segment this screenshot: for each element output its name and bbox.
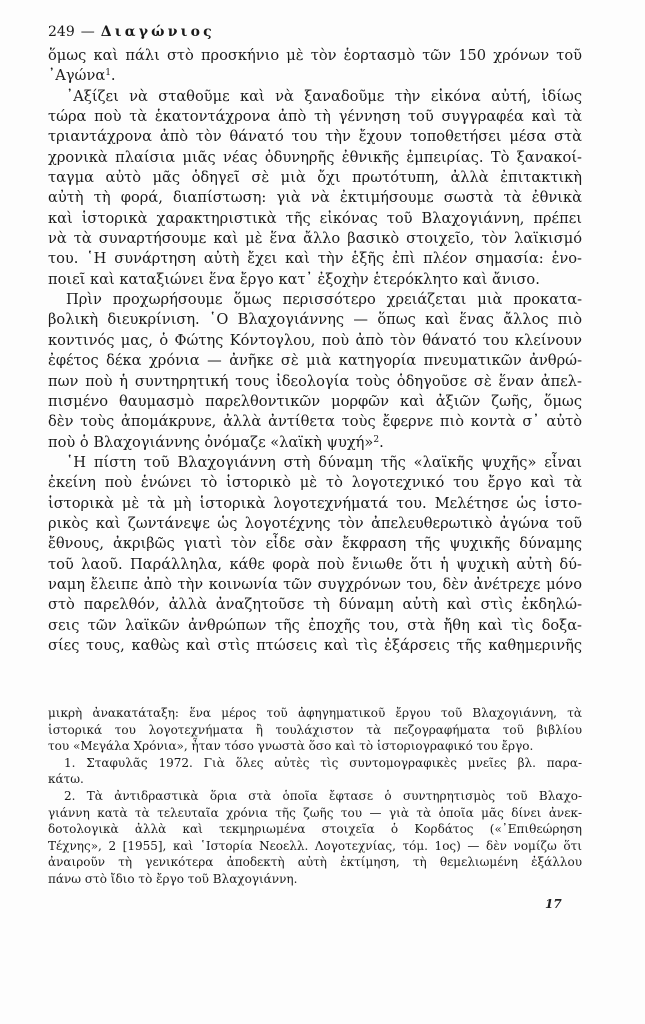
body-line-text: τοῦ λαοῦ. Παράλληλα, κάθε φορὰ ποὺ ἔνιωθ… — [48, 556, 582, 573]
book-page: 249—Διαγώνιος ὅμως καὶ πάλι στὸ προσκήνι… — [0, 0, 645, 1024]
page-number: 17 — [545, 897, 562, 911]
body-line-text: τώρα ποὺ τὰ ἑκατοντάχρονα ἀπὸ τὴ γέννηση… — [48, 108, 582, 125]
body-line-text: ρικὸς καὶ ζωντάνεψε ὡς λογοτέχνης τὸν ἀπ… — [48, 515, 582, 532]
body-line-text: δὲν τοὺς ἀπομάκρυνε, ἀλλὰ ἀντίθετα τοὺς … — [48, 413, 582, 430]
footnote-line: 2. Τὰ ἀντιδραστικὰ ὅρια στὰ ὁποῖα ἔφτασε… — [48, 788, 582, 805]
body-line: πισμένο θαυμασμὸ παρελθοντικῶν μορφῶν κα… — [48, 392, 582, 412]
running-head-number: 249 — [48, 24, 75, 40]
body-line: τώρα ποὺ τὰ ἑκατοντάχρονα ἀπὸ τὴ γέννηση… — [48, 107, 582, 127]
body-line-text: Πρὶν προχωρήσουμε ὅμως περισσότερο χρειά… — [66, 291, 582, 308]
body-line: βολικὴ διευκρίνιση. ῾Ο Βλαχογιάννης — ὅπ… — [48, 310, 582, 330]
body-line: δὲν τοὺς ἀπομάκρυνε, ἀλλὰ ἀντίθετα τοὺς … — [48, 412, 582, 432]
body-line-text: ἔθνους, ἀκριβῶς γιατὶ τὸν εἶδε σὰν ἔκφρα… — [48, 535, 582, 552]
footnote-line: 1. Σταφυλᾶς 1972. Γιὰ ὅλες αὐτὲς τὶς συν… — [48, 755, 582, 772]
body-line: ποιεῖ καὶ καταξιώνει ἕνα ἔργο κατ᾿ ἐξοχὴ… — [48, 270, 582, 290]
footnote-line: κάτω. — [48, 771, 582, 788]
body-line-text: νὰ τὰ συναρτήσουμε καὶ μὲ ἕνα ἄλλο βασικ… — [48, 230, 582, 247]
body-line-text: χρονικὰ πλαίσια μιᾶς νέας ὀδυνηρῆς ἐθνικ… — [48, 149, 582, 166]
body-line-text: τριαντάχρονα ἀπὸ τὸν θάνατό του τὴν ἔχου… — [48, 128, 582, 145]
footnote-line: δοτολογικὰ ἀλλὰ καὶ τεκμηριωμένα στοιχεῖ… — [48, 821, 582, 838]
body-line: ρικὸς καὶ ζωντάνεψε ὡς λογοτέχνης τὸν ἀπ… — [48, 514, 582, 534]
body-line-text: του. ῾Η συνάρτηση αὐτὴ ἔχει καὶ τὴν ἑξῆς… — [48, 250, 582, 267]
footnote-line-text: 1. Σταφυλᾶς 1972. Γιὰ ὅλες αὐτὲς τὶς συν… — [64, 756, 582, 770]
footnote-line: γιάννη κατὰ τὰ τελευταῖα χρόνια τῆς ζωῆς… — [48, 805, 582, 822]
body-line-text: ᾿Αξίζει νὰ σταθοῦμε καὶ νὰ ξαναδοῦμε τὴν… — [66, 88, 582, 105]
footnote-line-text: κάτω. — [48, 772, 84, 786]
body-line: πων ποὺ ἡ συντηρητική τους ἰδεολογία τοὺ… — [48, 372, 582, 392]
body-line-text: βολικὴ διευκρίνιση. ῾Ο Βλαχογιάννης — ὅπ… — [48, 311, 582, 328]
footnote-line: πάνω στὸ ἴδιο τὸ ἔργο τοῦ Βλαχογιάννη. — [48, 871, 582, 888]
footnote-line-text: Τέχνης», 2 [1955], καὶ ῾Ιστορία Νεοελλ. … — [48, 839, 582, 853]
body-line: ᾿Αξίζει νὰ σταθοῦμε καὶ νὰ ξαναδοῦμε τὴν… — [48, 87, 582, 107]
running-head-separator: — — [81, 24, 95, 40]
footnotes: μικρὴ ἀνακατάταξη: ἕνα μέρος τοῦ ἀφηγημα… — [48, 705, 582, 888]
body-line-text: σίες τους, καθὼς καὶ στὶς πτώσεις καὶ τὶ… — [48, 637, 582, 654]
body-line: ἐφέτος δέκα χρόνια — ἀνῆκε σὲ μιὰ κατηγο… — [48, 351, 582, 371]
body-line-text: ἐκείνη ποὺ ἑνώνει τὸ ἱστορικὸ μὲ τὸ λογο… — [48, 474, 582, 491]
body-line-text: ὅμως καὶ πάλι στὸ προσκήνιο μὲ τὸν ἑορτα… — [48, 47, 582, 64]
body-line-text: ἐφέτος δέκα χρόνια — ἀνῆκε σὲ μιὰ κατηγο… — [48, 352, 582, 369]
body-line: σεις τῶν λαϊκῶν ἀνθρώπων τῆς ἐποχῆς του,… — [48, 616, 582, 636]
footnote-line-text: ἀναιροῦν τὴ γενικότερα ἀποδεκτὴ αὐτὴ ἐκτ… — [48, 855, 582, 869]
footnote-line-text: γιάννη κατὰ τὰ τελευταῖα χρόνια τῆς ζωῆς… — [48, 806, 582, 820]
body-line-text: ναμη ἔλειπε ἀπὸ τὴν κοινωνία τῶν συγχρόν… — [48, 576, 582, 593]
body-line: νὰ τὰ συναρτήσουμε καὶ μὲ ἕνα ἄλλο βασικ… — [48, 229, 582, 249]
body-line-text: πων ποὺ ἡ συντηρητική τους ἰδεολογία τοὺ… — [48, 373, 582, 390]
body-line: ὅμως καὶ πάλι στὸ προσκήνιο μὲ τὸν ἑορτα… — [48, 46, 582, 66]
body-line: ᾿Αγώνα1. — [48, 66, 582, 86]
body-line: ταγμα αὐτὸ μᾶς ὁδηγεῖ σὲ μιὰ ὄχι πρωτότυ… — [48, 168, 582, 188]
body-line-text: στὸ παρελθόν, ἀλλὰ ἀναζητοῦσε τὴ δύναμη … — [48, 596, 582, 613]
footnote-line: ἀναιροῦν τὴ γενικότερα ἀποδεκτὴ αὐτὴ ἐκτ… — [48, 854, 582, 871]
body-line: ἐκείνη ποὺ ἑνώνει τὸ ἱστορικὸ μὲ τὸ λογο… — [48, 473, 582, 493]
running-head: 249—Διαγώνιος — [48, 22, 215, 42]
body-line: σίες τους, καθὼς καὶ στὶς πτώσεις καὶ τὶ… — [48, 636, 582, 656]
body-line: τοῦ λαοῦ. Παράλληλα, κάθε φορὰ ποὺ ἔνιωθ… — [48, 555, 582, 575]
main-body-text: ὅμως καὶ πάλι στὸ προσκήνιο μὲ τὸν ἑορτα… — [48, 46, 582, 656]
body-line-text: πισμένο θαυμασμὸ παρελθοντικῶν μορφῶν κα… — [48, 393, 582, 410]
body-line-text: ποὺ ὁ Βλαχογιάννης ὀνόμαζε «λαϊκὴ ψυχή» — [48, 434, 373, 451]
body-line-text: αὐτὴ τὴ φορά, διαπίστωση: γιὰ νὰ ἐκτιμήσ… — [48, 189, 582, 206]
body-line-text: σεις τῶν λαϊκῶν ἀνθρώπων τῆς ἐποχῆς του,… — [48, 617, 582, 634]
body-line: χρονικὰ πλαίσια μιᾶς νέας ὀδυνηρῆς ἐθνικ… — [48, 148, 582, 168]
body-line: κοντινός μας, ὁ Φώτης Κόντογλου, ποὺ ἀπὸ… — [48, 331, 582, 351]
running-head-title: Διαγώνιος — [101, 24, 215, 40]
footnote-line-text: πάνω στὸ ἴδιο τὸ ἔργο τοῦ Βλαχογιάννη. — [48, 872, 297, 886]
body-line: τριαντάχρονα ἀπὸ τὸν θάνατό του τὴν ἔχου… — [48, 127, 582, 147]
footnote-line: του «Μεγάλα Χρόνια», ἦταν τόσο γνωστὰ ὅσ… — [48, 738, 582, 755]
body-line-tail: . — [379, 434, 384, 451]
footnote-line: ἱστορικά του λογοτεχνήματα ἢ τουλάχιστον… — [48, 722, 582, 739]
body-line: αὐτὴ τὴ φορά, διαπίστωση: γιὰ νὰ ἐκτιμήσ… — [48, 188, 582, 208]
footnote-line-text: 2. Τὰ ἀντιδραστικὰ ὅρια στὰ ὁποῖα ἔφτασε… — [64, 789, 582, 803]
footnote-line-text: μικρὴ ἀνακατάταξη: ἕνα μέρος τοῦ ἀφηγημα… — [48, 706, 582, 720]
body-line-text: ᾿Αγώνα — [48, 67, 105, 84]
footnote-line-text: του «Μεγάλα Χρόνια», ἦταν τόσο γνωστὰ ὅσ… — [48, 739, 533, 753]
body-line: ἔθνους, ἀκριβῶς γιατὶ τὸν εἶδε σὰν ἔκφρα… — [48, 534, 582, 554]
body-line: ποὺ ὁ Βλαχογιάννης ὀνόμαζε «λαϊκὴ ψυχή»2… — [48, 433, 582, 453]
body-line-tail: . — [111, 67, 116, 84]
body-line: ῾Η πίστη τοῦ Βλαχογιάννη στὴ δύναμη τῆς … — [48, 453, 582, 473]
body-line: ἱστορικὰ μὲ τὰ μὴ ἱστορικὰ λογοτεχνήματά… — [48, 494, 582, 514]
footnote-line: μικρὴ ἀνακατάταξη: ἕνα μέρος τοῦ ἀφηγημα… — [48, 705, 582, 722]
body-line: στὸ παρελθόν, ἀλλὰ ἀναζητοῦσε τὴ δύναμη … — [48, 595, 582, 615]
body-line-text: κοντινός μας, ὁ Φώτης Κόντογλου, ποὺ ἀπὸ… — [48, 332, 582, 349]
body-line: του. ῾Η συνάρτηση αὐτὴ ἔχει καὶ τὴν ἑξῆς… — [48, 249, 582, 269]
body-line-text: ἱστορικὰ μὲ τὰ μὴ ἱστορικὰ λογοτεχνήματά… — [48, 495, 582, 512]
body-line-text: καὶ ἱστορικὰ χαρακτηριστικὰ τῆς εἰκόνας … — [48, 210, 582, 227]
body-line: καὶ ἱστορικὰ χαρακτηριστικὰ τῆς εἰκόνας … — [48, 209, 582, 229]
footnote-line-text: ἱστορικά του λογοτεχνήματα ἢ τουλάχιστον… — [48, 723, 582, 737]
footnote-line-text: δοτολογικὰ ἀλλὰ καὶ τεκμηριωμένα στοιχεῖ… — [48, 822, 582, 836]
body-line: Πρὶν προχωρήσουμε ὅμως περισσότερο χρειά… — [48, 290, 582, 310]
body-line-text: ποιεῖ καὶ καταξιώνει ἕνα ἔργο κατ᾿ ἐξοχὴ… — [48, 271, 540, 288]
body-line: ναμη ἔλειπε ἀπὸ τὴν κοινωνία τῶν συγχρόν… — [48, 575, 582, 595]
body-line-text: ταγμα αὐτὸ μᾶς ὁδηγεῖ σὲ μιὰ ὄχι πρωτότυ… — [48, 169, 582, 186]
body-line-text: ῾Η πίστη τοῦ Βλαχογιάννη στὴ δύναμη τῆς … — [66, 454, 582, 471]
footnote-line: Τέχνης», 2 [1955], καὶ ῾Ιστορία Νεοελλ. … — [48, 838, 582, 855]
